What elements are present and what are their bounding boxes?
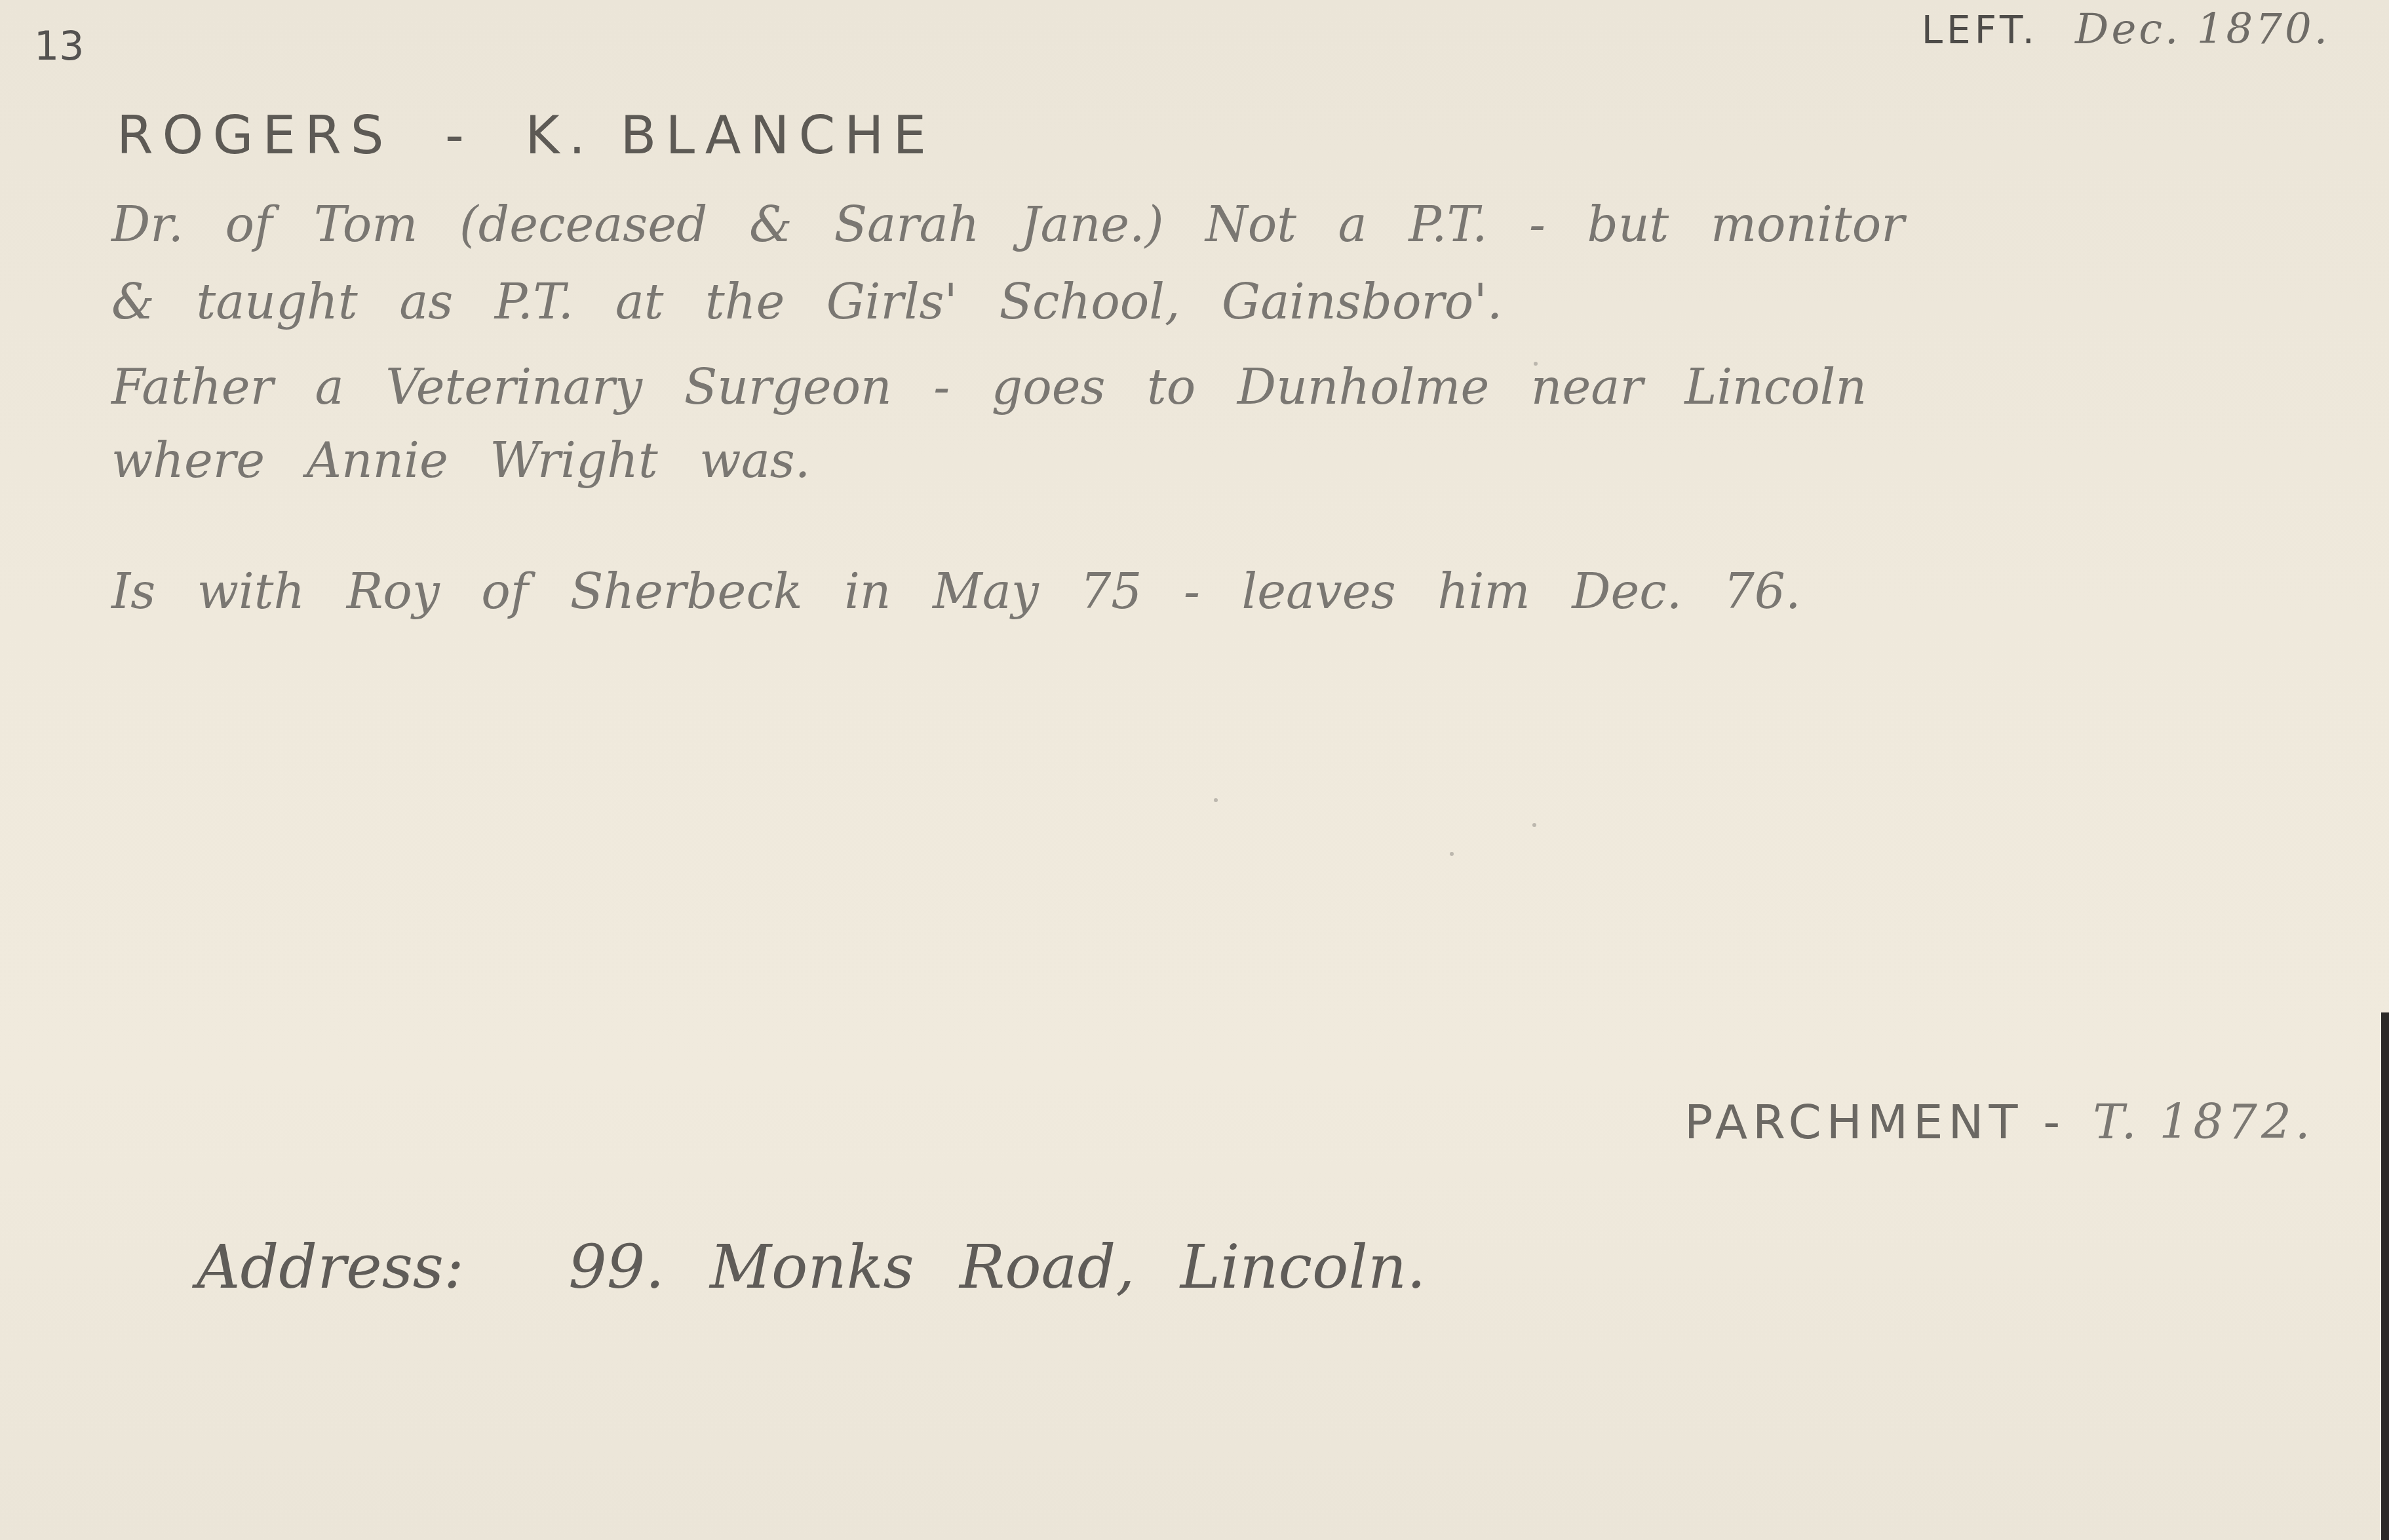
person-name: ROGERS - K. BLANCHE [117, 105, 935, 166]
card-edge-border [2380, 1012, 2389, 1540]
name-separator: - [445, 105, 473, 166]
parchment-entry: PARCHMENT - T. 1872. [1684, 1094, 2314, 1150]
note-line-3: Father a Veterinary Surgeon - goes to Du… [111, 359, 1867, 415]
parchment-label: PARCHMENT - [1684, 1094, 2065, 1149]
address-value: 99. Monks Road, Lincoln. [568, 1232, 1426, 1302]
address-label: Address: [197, 1232, 464, 1302]
surname: ROGERS [117, 105, 393, 166]
left-date-value: Dec. 1870. [2075, 5, 2330, 54]
note-line-1: Dr. of Tom (deceased & Sarah Jane.) Not … [111, 197, 1905, 253]
card-number: 13 [34, 24, 84, 69]
record-card: 13 LEFT. Dec. 1870. ROGERS - K. BLANCHE … [0, 0, 2389, 1540]
left-label: LEFT. [1922, 8, 2038, 52]
note-line-2: & taught as P.T. at the Girls' School, G… [111, 274, 1502, 330]
note-line-4: where Annie Wright was. [111, 433, 810, 489]
paper-speck [1214, 798, 1218, 802]
parchment-value: T. 1872. [2093, 1094, 2314, 1149]
address-line: Address: 99. Monks Road, Lincoln. [197, 1232, 1426, 1302]
paper-speck [1532, 823, 1536, 827]
left-date: LEFT. Dec. 1870. [1922, 5, 2330, 54]
paper-speck [1450, 852, 1454, 856]
paper-speck [1534, 362, 1538, 366]
note-line-5: Is with Roy of Sherbeck in May 75 - leav… [111, 564, 1800, 620]
given-names: K. BLANCHE [525, 105, 935, 166]
